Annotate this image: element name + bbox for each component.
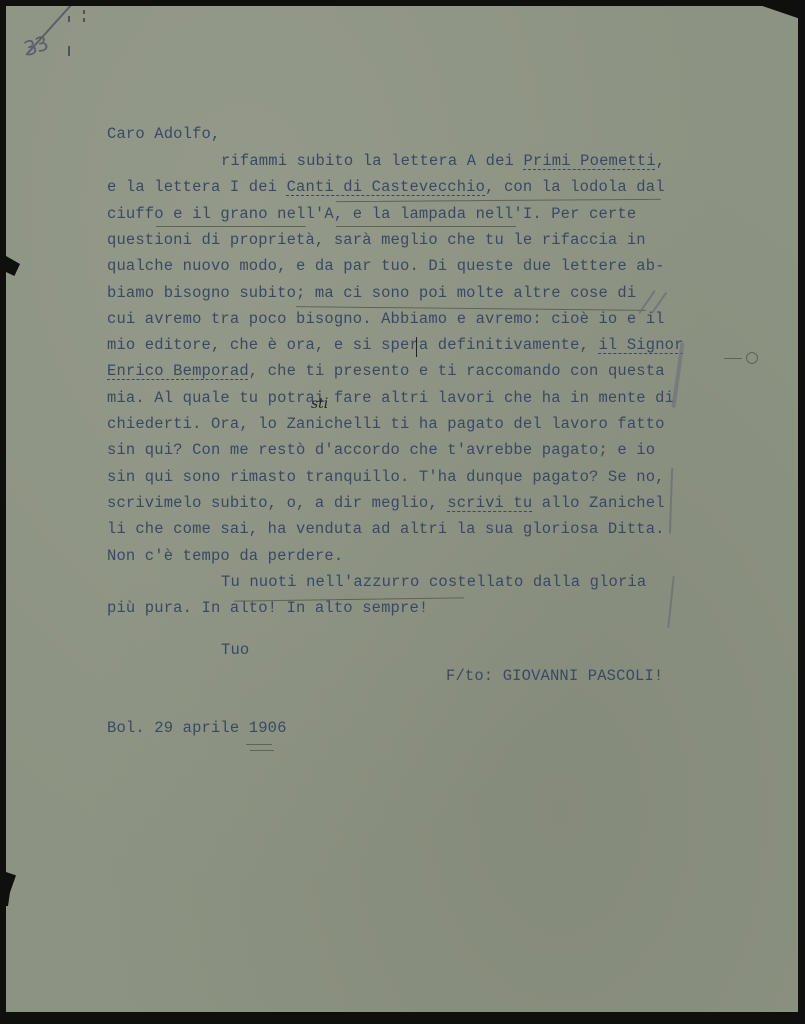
- body-line: mio editore, che è ora, e si spera defin…: [107, 335, 684, 355]
- body-line: rifammi subito la lettera A dei Primi Po…: [221, 151, 665, 171]
- pencil-tick: [83, 18, 85, 22]
- text-segment: mio editore, che è ora, e si spera defin…: [107, 336, 598, 354]
- body-line: mia. Al quale tu potrai fare altri lavor…: [107, 388, 674, 408]
- body-line: Tu nuoti nell'azzurro costellato dalla g…: [221, 572, 646, 592]
- underlined-title: il Signor: [598, 336, 683, 354]
- text-segment: Tu nuoti nell'azzurro costellato dalla g…: [221, 573, 646, 591]
- underlined-title: Enrico Bemporad: [107, 362, 249, 380]
- folio-number: 33: [21, 31, 51, 61]
- text-segment: sin qui? Con me restò d'accordo che t'av…: [107, 441, 655, 459]
- text-segment: , con la lodola dal: [485, 178, 665, 196]
- pencil-tick: [68, 16, 70, 22]
- body-line: chiederti. Ora, lo Zanichelli ti ha paga…: [107, 414, 665, 434]
- salutation: Caro Adolfo,: [107, 124, 220, 144]
- paper-tear: [6, 256, 20, 276]
- body-line: biamo bisogno subito; ma ci sono poi mol…: [107, 283, 636, 303]
- text-segment: allo Zanichel: [532, 494, 664, 512]
- body-line: e la lettera I dei Canti di Castevecchio…: [107, 177, 665, 197]
- pencil-tick: [83, 10, 85, 14]
- text-segment: Non c'è tempo da perdere.: [107, 547, 343, 565]
- pencil-underline: [336, 226, 516, 227]
- body-line: questioni di proprietà, sarà meglio che …: [107, 230, 646, 250]
- text-segment: , che ti presento e ti raccomando con qu…: [249, 362, 665, 380]
- margin-pencil-circle: [746, 352, 758, 364]
- handwritten-correction: sti: [311, 396, 328, 412]
- body-line: ciuffo e il grano nell'A, e la lampada n…: [107, 204, 636, 224]
- pencil-tick: [68, 46, 70, 56]
- date-pencil-underline: [250, 750, 274, 751]
- margin-pencil-mark: [667, 576, 674, 628]
- text-segment: cui avremo tra poco bisogno. Abbiamo e a…: [107, 310, 665, 328]
- body-line: qualche nuovo modo, e da par tuo. Di que…: [107, 256, 665, 276]
- text-segment: mia. Al quale tu potrai fare altri lavor…: [107, 389, 674, 407]
- margin-pencil-mark: [724, 358, 742, 359]
- body-line: Non c'è tempo da perdere.: [107, 546, 343, 566]
- text-segment: più pura. In alto! In alto sempre!: [107, 599, 428, 617]
- underlined-title: scrivi tu: [447, 494, 532, 512]
- date-pencil-underline: [246, 744, 272, 745]
- body-line: scrivimelo subito, o, a dir meglio, scri…: [107, 493, 665, 513]
- insertion-mark: [416, 337, 417, 357]
- place-date: Bol. 29 aprile 1906: [107, 718, 287, 738]
- text-segment: ciuffo e il grano nell'A, e la lampada n…: [107, 205, 636, 223]
- text-segment: questioni di proprietà, sarà meglio che …: [107, 231, 646, 249]
- text-segment: rifammi subito la lettera A dei: [221, 152, 523, 170]
- paper-tear: [6, 872, 16, 906]
- pencil-underline: [156, 226, 306, 227]
- body-line: Enrico Bemporad, che ti presento e ti ra…: [107, 361, 665, 381]
- body-line: sin qui sono rimasto tranquillo. T'ha du…: [107, 467, 665, 487]
- text-segment: sin qui sono rimasto tranquillo. T'ha du…: [107, 468, 665, 486]
- body-line: cui avremo tra poco bisogno. Abbiamo e a…: [107, 309, 665, 329]
- text-segment: e la lettera I dei: [107, 178, 287, 196]
- closing: Tuo: [221, 640, 249, 660]
- text-segment: li che come sai, ha venduta ad altri la …: [107, 520, 665, 538]
- text-segment: qualche nuovo modo, e da par tuo. Di que…: [107, 257, 665, 275]
- text-segment: scrivimelo subito, o, a dir meglio,: [107, 494, 447, 512]
- underlined-title: Primi Poemetti: [523, 152, 655, 170]
- letter-page: 33 Caro Adolfo, rifammi subito la letter…: [6, 6, 798, 1012]
- text-segment: ,: [656, 152, 665, 170]
- pencil-underline: [336, 199, 661, 203]
- text-segment: biamo bisogno subito; ma ci sono poi mol…: [107, 284, 636, 302]
- body-line: sin qui? Con me restò d'accordo che t'av…: [107, 440, 655, 460]
- signature: F/to: GIOVANNI PASCOLI!: [446, 666, 663, 686]
- body-line: li che come sai, ha venduta ad altri la …: [107, 519, 665, 539]
- margin-pencil-mark: [669, 468, 673, 534]
- text-segment: chiederti. Ora, lo Zanichelli ti ha paga…: [107, 415, 665, 433]
- underlined-title: Canti di Castevecchio: [287, 178, 485, 196]
